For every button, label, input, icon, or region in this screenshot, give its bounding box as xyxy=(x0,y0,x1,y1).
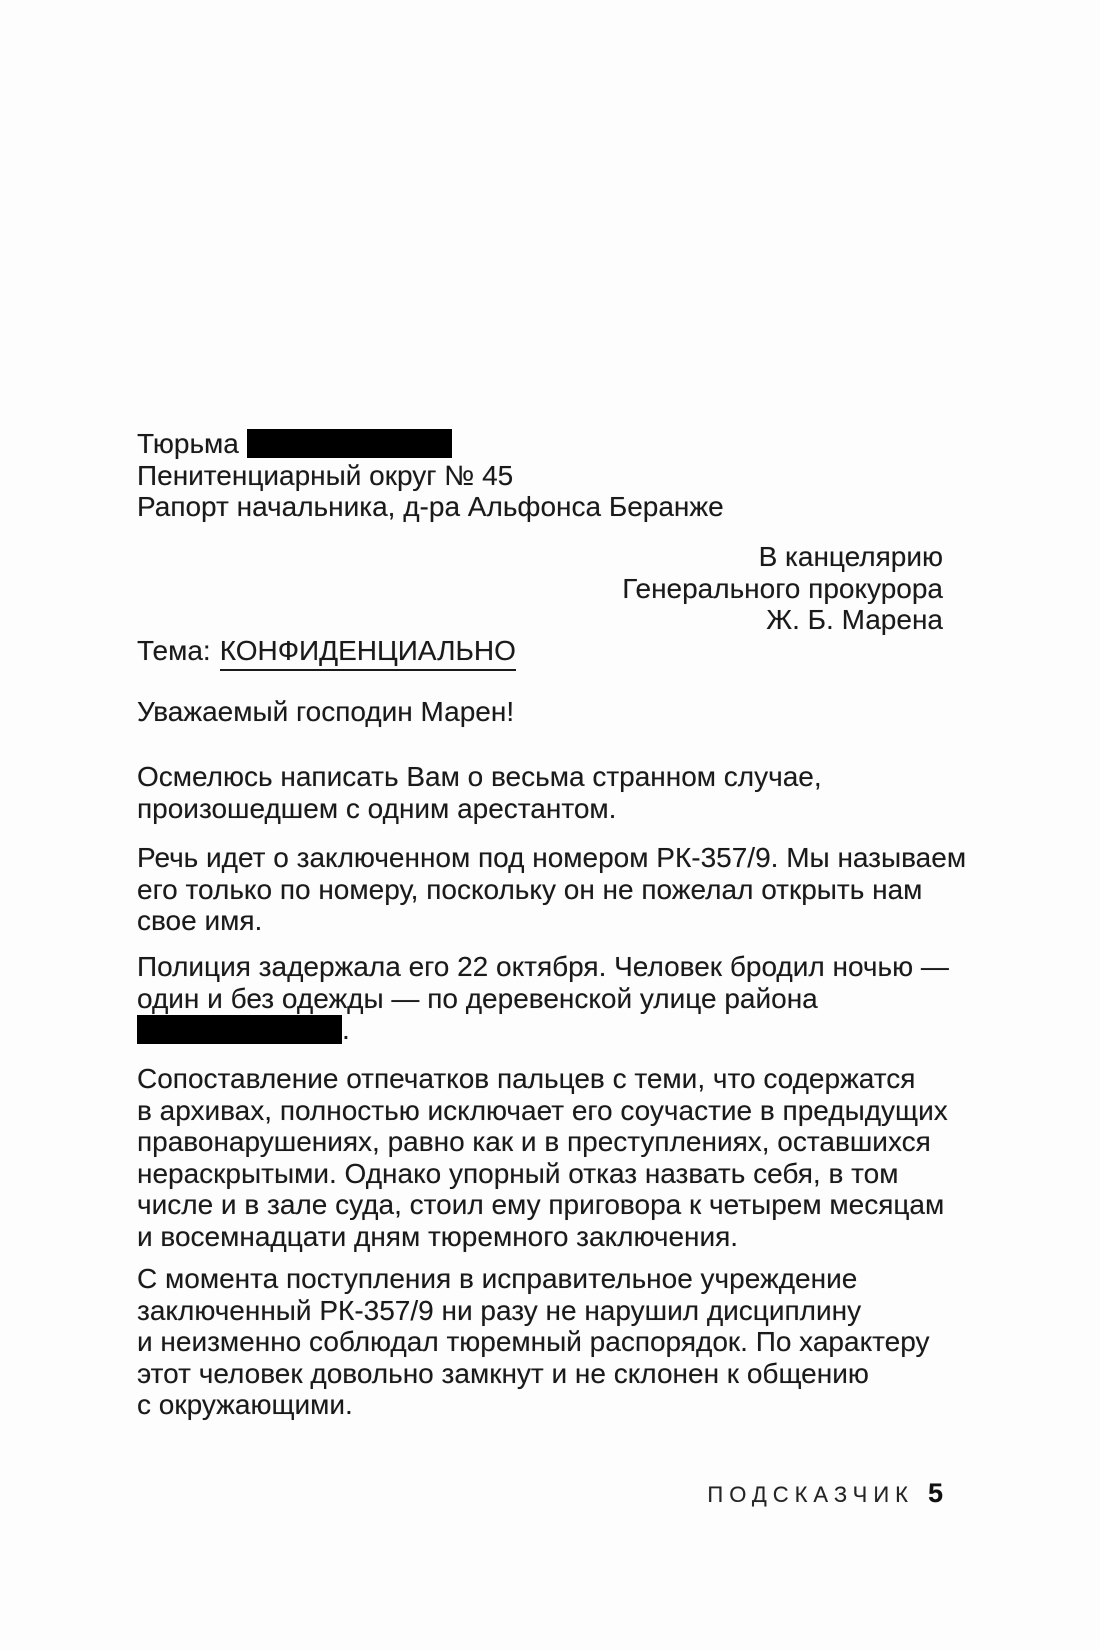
header-report-author-line: Рапорт начальника, д-ра Альфонса Беранже xyxy=(137,491,724,523)
text-line: с окружающими. xyxy=(137,1389,929,1421)
text-line: числе и в зале суда, стоил ему приговора… xyxy=(137,1189,948,1221)
text-line: произошедшем с одним арестантом. xyxy=(137,793,822,825)
salutation: Уважаемый господин Марен! xyxy=(137,696,514,728)
text-line: Осмелюсь написать Вам о весьма странном … xyxy=(137,761,822,793)
letter-paragraph: Осмелюсь написать Вам о весьма странном … xyxy=(137,761,822,824)
report-header: Тюрьма Пенитенциарный округ № 45 Рапорт … xyxy=(137,428,724,523)
letter-paragraph: Сопоставление отпечатков пальцев с теми,… xyxy=(137,1063,948,1252)
letter-paragraph: Полиция задержала его 22 октября. Челове… xyxy=(137,951,949,1046)
text-line: его только по номеру, поскольку он не по… xyxy=(137,874,966,906)
text-line: . xyxy=(137,1014,949,1046)
letter-paragraph: Речь идет о заключенном под номером РК-3… xyxy=(137,842,966,937)
text-line: один и без одежды — по деревенской улице… xyxy=(137,983,949,1015)
text-line: этот человек довольно замкнут и не склон… xyxy=(137,1358,929,1390)
text-line: свое имя. xyxy=(137,905,966,937)
recipient-line-name: Ж. Б. Марена xyxy=(622,604,943,636)
text-line: Полиция задержала его 22 октября. Челове… xyxy=(137,951,949,983)
book-page: Тюрьма Пенитенциарный округ № 45 Рапорт … xyxy=(0,0,1100,1650)
header-district-line: Пенитенциарный округ № 45 xyxy=(137,460,724,492)
letter-paragraph: С момента поступления в исправительное у… xyxy=(137,1263,929,1421)
text-line: С момента поступления в исправительное у… xyxy=(137,1263,929,1295)
text-line: в архивах, полностью исключает его соуча… xyxy=(137,1095,948,1127)
subject-value: КОНФИДЕНЦИАЛЬНО xyxy=(220,635,516,671)
text-line: заключенный РК-357/9 ни разу не нарушил … xyxy=(137,1295,929,1327)
running-title: ПОДСКАЗЧИК xyxy=(707,1482,914,1507)
subject-label: Тема: xyxy=(137,635,211,666)
page-number: 5 xyxy=(928,1478,943,1508)
redaction-bar xyxy=(137,1015,342,1044)
header-prison-line: Тюрьма xyxy=(137,428,724,460)
text-line: Речь идет о заключенном под номером РК-3… xyxy=(137,842,966,874)
text-line: правонарушениях, равно как и в преступле… xyxy=(137,1126,948,1158)
recipient-line-office: В канцелярию xyxy=(622,541,943,573)
redaction-bar xyxy=(247,429,452,458)
subject-line: Тема:КОНФИДЕНЦИАЛЬНО xyxy=(137,635,516,667)
recipient-block: В канцелярию Генерального прокурора Ж. Б… xyxy=(622,541,943,636)
recipient-line-prosecutor: Генерального прокурора xyxy=(622,573,943,605)
page-footer: ПОДСКАЗЧИК5 xyxy=(707,1477,943,1511)
text-line: нераскрытыми. Однако упорный отказ назва… xyxy=(137,1158,948,1190)
text-line: Сопоставление отпечатков пальцев с теми,… xyxy=(137,1063,948,1095)
text-line: и неизменно соблюдал тюремный распорядок… xyxy=(137,1326,929,1358)
text-line: и восемнадцати дням тюремного заключения… xyxy=(137,1221,948,1253)
